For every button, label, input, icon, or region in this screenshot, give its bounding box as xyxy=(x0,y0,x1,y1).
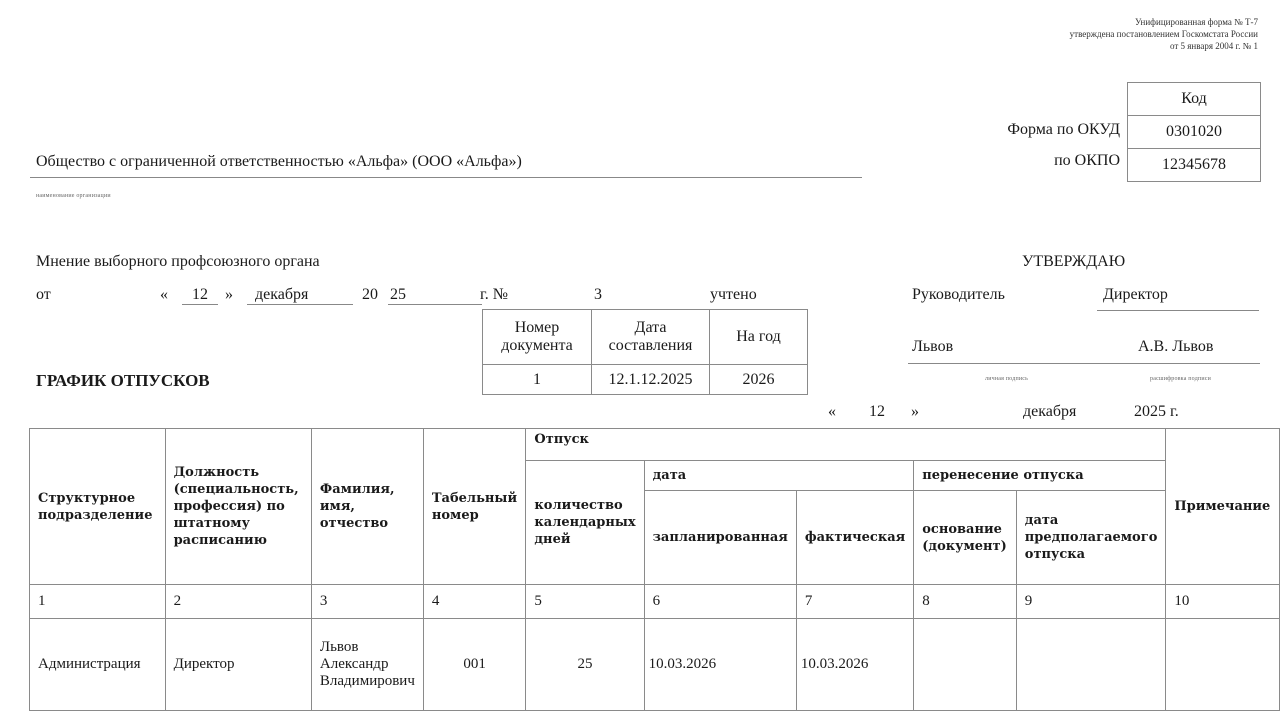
union-day[interactable]: 12 xyxy=(182,286,218,305)
header-days-count: количество календарных дней xyxy=(526,461,644,585)
signature-caption: личная подпись xyxy=(985,376,1028,382)
union-year-suffix: г. № xyxy=(480,286,508,304)
column-number: 2 xyxy=(165,585,311,619)
approval-heading: УТВЕРЖДАЮ xyxy=(1022,253,1125,271)
form-note-line-2: утверждена постановлением Госкомстата Ро… xyxy=(1070,28,1258,40)
doc-date-value[interactable]: 12.1.12.2025 xyxy=(592,365,710,395)
approval-year[interactable]: 2025 г. xyxy=(1134,403,1179,421)
decoding-caption: расшифровка подписи xyxy=(1150,376,1211,382)
doc-year-header: На год xyxy=(710,310,808,365)
approval-head-label: Руководитель xyxy=(912,286,1005,304)
vacation-schedule-table: Структурное подразделение Должность (спе… xyxy=(29,428,1280,711)
doc-number-header: Номер документа xyxy=(483,310,592,365)
doc-number-value[interactable]: 1 xyxy=(483,365,592,395)
cell-department[interactable]: Администрация xyxy=(30,619,166,711)
header-basis: основание (документ) xyxy=(914,491,1017,585)
approval-position[interactable]: Директор xyxy=(1097,286,1259,311)
approval-quote-open: « xyxy=(828,403,836,421)
form-note-line-3: от 5 января 2004 г. № 1 xyxy=(1070,40,1258,52)
header-planned-label: запланированная xyxy=(653,530,788,545)
header-actual: фактическая xyxy=(796,491,913,585)
organization-caption: наименование организации xyxy=(36,193,111,199)
header-note: Примечание xyxy=(1166,429,1280,585)
union-year[interactable]: 25 xyxy=(388,286,482,305)
table-row: Администрация Директор Львов Александр В… xyxy=(30,619,1280,711)
cell-basis[interactable] xyxy=(914,619,1017,711)
header-personnel-number: Табельный номер xyxy=(423,429,526,585)
union-status: учтено xyxy=(710,286,757,304)
approval-signature-line xyxy=(908,363,1260,364)
cell-note[interactable] xyxy=(1166,619,1280,711)
approval-signature-decoding[interactable]: А.В. Львов xyxy=(1138,338,1213,356)
cell-days-count[interactable]: 25 xyxy=(526,619,644,711)
form-note: Унифицированная форма № Т-7 утверждена п… xyxy=(1070,16,1258,52)
form-note-line-1: Унифицированная форма № Т-7 xyxy=(1070,16,1258,28)
column-number: 4 xyxy=(423,585,526,619)
document-info-table: Номер документа Дата составления На год … xyxy=(482,309,808,395)
cell-actual-date[interactable]: 10.03.2026 xyxy=(796,619,913,711)
union-from-label: от xyxy=(36,286,51,304)
header-postponement: перенесение отпуска xyxy=(914,461,1166,491)
codes-table: Код 0301020 12345678 xyxy=(1127,82,1261,182)
column-number: 10 xyxy=(1166,585,1280,619)
okpo-value[interactable]: 12345678 xyxy=(1128,149,1261,182)
cell-full-name[interactable]: Львов Александр Владимирович xyxy=(311,619,423,711)
header-expected-date: дата предполагаемого отпуска xyxy=(1016,491,1166,585)
cell-personnel-number[interactable]: 001 xyxy=(423,619,526,711)
approval-quote-close: » xyxy=(911,403,919,421)
okud-label: Форма по ОКУД xyxy=(1007,121,1120,139)
column-number: 7 xyxy=(796,585,913,619)
column-number: 6 xyxy=(644,585,796,619)
column-number: 9 xyxy=(1016,585,1166,619)
union-quote-open: « xyxy=(160,286,168,304)
cell-expected-date[interactable] xyxy=(1016,619,1166,711)
header-vacation: Отпуск xyxy=(526,429,1166,461)
cell-planned-date[interactable]: 10.03.2026 xyxy=(644,619,796,711)
doc-date-header: Дата составления xyxy=(592,310,710,365)
column-number: 1 xyxy=(30,585,166,619)
header-full-name: Фамилия, имя, отчество xyxy=(311,429,423,585)
union-century: 20 xyxy=(362,286,378,304)
doc-year-value[interactable]: 2026 xyxy=(710,365,808,395)
union-opinion-label: Мнение выборного профсоюзного органа xyxy=(36,253,320,271)
okpo-label: по ОКПО xyxy=(1054,152,1120,170)
document-title: ГРАФИК ОТПУСКОВ xyxy=(36,371,210,391)
cell-position[interactable]: Директор xyxy=(165,619,311,711)
codes-header: Код xyxy=(1128,83,1261,116)
header-position: Должность (специальность, профессия) по … xyxy=(165,429,311,585)
column-number: 8 xyxy=(914,585,1017,619)
header-department: Структурное подразделение xyxy=(30,429,166,585)
header-planned: запланированная xyxy=(644,491,796,585)
union-month[interactable]: декабря xyxy=(247,286,353,305)
approval-month[interactable]: декабря xyxy=(1023,403,1076,421)
union-number[interactable]: 3 xyxy=(594,286,602,304)
union-quote-close: » xyxy=(225,286,233,304)
okud-value[interactable]: 0301020 xyxy=(1128,116,1261,149)
header-date: дата xyxy=(644,461,914,491)
organization-underline xyxy=(30,177,862,178)
column-number: 3 xyxy=(311,585,423,619)
column-number: 5 xyxy=(526,585,644,619)
approval-day[interactable]: 12 xyxy=(869,403,885,421)
approval-signature[interactable]: Львов xyxy=(912,338,953,356)
organization-name[interactable]: Общество с ограниченной ответственностью… xyxy=(36,153,522,171)
